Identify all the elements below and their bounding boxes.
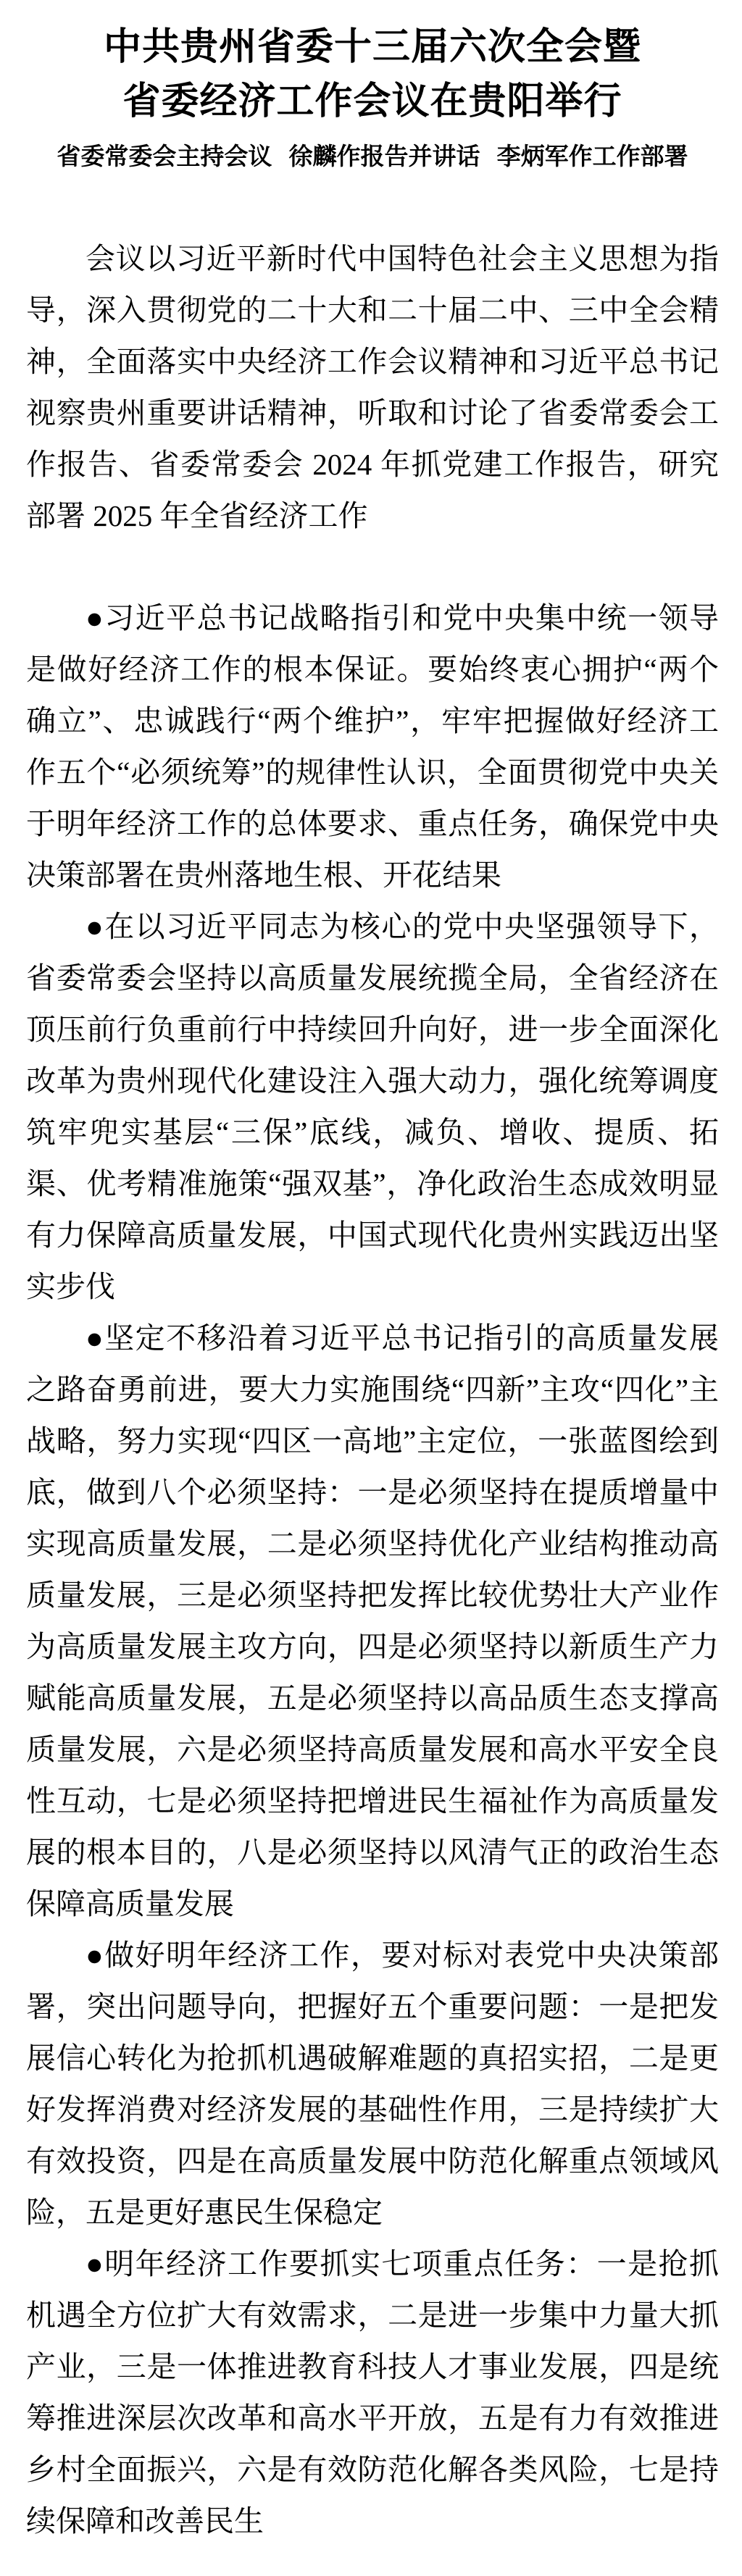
document-page: 中共贵州省委十三届六次全会暨 省委经济工作会议在贵阳举行 省委常委会主持会议 徐… — [0, 0, 742, 2576]
bullet-paragraph: ●习近平总书记战略指引和党中央集中统一领导是做好经济工作的根本保证。要始终衷心拥… — [26, 593, 719, 901]
article-subtitle: 省委常委会主持会议 徐麟作报告并讲话 李炳军作工作部署 — [26, 141, 719, 174]
article-body: 会议以习近平新时代中国特色社会主义思想为指导，深入贯彻党的二十大和二十届二中、三… — [26, 233, 719, 2547]
bullet-paragraph: ●做好明年经济工作，要对标对表党中央决策部署，突出问题导向，把握好五个重要问题：… — [26, 1930, 719, 2238]
lead-paragraph: 会议以习近平新时代中国特色社会主义思想为指导，深入贯彻党的二十大和二十届二中、三… — [26, 233, 719, 542]
bullet-paragraph: ●坚定不移沿着习近平总书记指引的高质量发展之路奋勇前进，要大力实施围绕“四新”主… — [26, 1313, 719, 1930]
bullet-paragraph: ●在以习近平同志为核心的党中央坚强领导下，省委常委会坚持以高质量发展统揽全局，全… — [26, 901, 719, 1313]
bullet-paragraph: ●明年经济工作要抓实七项重点任务：一是抢抓机遇全方位扩大有效需求，二是进一步集中… — [26, 2238, 719, 2547]
article-title: 中共贵州省委十三届六次全会暨 省委经济工作会议在贵阳举行 — [26, 20, 719, 129]
article-title-line1: 中共贵州省委十三届六次全会暨 — [26, 20, 719, 75]
article-title-line2: 省委经济工作会议在贵阳举行 — [26, 75, 719, 129]
